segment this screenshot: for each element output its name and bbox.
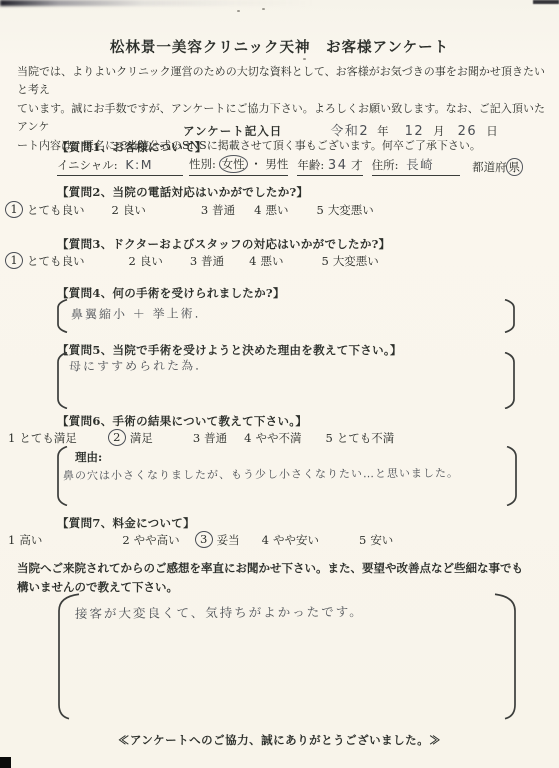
address-value: 長崎 (406, 157, 434, 172)
initial-value: K:M (125, 157, 153, 172)
q3-option-1: 1とても良い (8, 252, 85, 269)
feedback-answer-text: 接客が大変良くて、気持ちがよかったです。 (75, 602, 364, 622)
q7-option-2: 2やや高い (122, 532, 179, 548)
bracket-left (55, 352, 69, 409)
q2-option-1: 1とても良い (8, 201, 85, 218)
option-number: 2 (122, 533, 129, 547)
intro-line: 当院では、よりよいクリニック運営のための大切な資料として、お客様がお気づきの事を… (17, 63, 545, 100)
date-year-unit: 年 (377, 123, 389, 139)
option-number: 1 (5, 252, 23, 269)
q3-option-4: 4悪い (249, 253, 283, 269)
footer-thanks: ≪アンケートへのご協力、誠にありがとうございました。≫ (0, 732, 559, 748)
option-label: やや不満 (255, 430, 301, 446)
prefecture-selected-circle: 県 (506, 158, 524, 176)
q7-option-4: 4やや安い (262, 532, 319, 548)
q6-option-1: 1とても満足 (8, 430, 77, 446)
q7-options-row: 1高い 2やや高い 3妥当 4やや安い 5安い (8, 531, 393, 548)
bracket-right (503, 299, 517, 333)
option-number: 2 (129, 254, 136, 268)
option-label: やや高い (134, 532, 180, 548)
q2-option-4: 4悪い (254, 202, 288, 218)
q6-reason-label: 理由: (75, 449, 102, 465)
option-number: 1 (5, 201, 23, 218)
q5-answer-area: 母にすすめられた為. (55, 352, 517, 409)
option-number: 5 (316, 203, 323, 217)
option-label: 普通 (212, 202, 235, 218)
gender-selected-circle: 女性 (219, 155, 248, 173)
address-field: 住所: 長崎 (372, 155, 461, 176)
option-number: 5 (359, 533, 366, 547)
gender-male-option: 男性 (265, 157, 288, 171)
q5-answer-text: 母にすすめられた為. (69, 357, 201, 375)
option-number: 4 (244, 431, 251, 445)
option-number: 3 (190, 254, 197, 268)
scan-artifact-bottom-left-mark (0, 757, 11, 768)
q6-option-5: 5とても不満 (325, 430, 394, 446)
gender-field: 性別: 女性 ・ 男性 (189, 155, 288, 176)
q2-options-row: 1とても良い 2良い 3普通 4悪い 5大変悪い (8, 201, 374, 218)
feedback-prompt: 当院へご来院されてからのご感想を率直にお聞かせ下さい。また、要望や改善点など些細… (17, 559, 547, 596)
date-month-value: 12 (405, 124, 425, 139)
q7-option-3: 3妥当 (198, 531, 240, 548)
scan-artifact-dot (237, 10, 240, 12)
option-label: とても満足 (19, 430, 77, 446)
q3-heading: 【質問3、ドクターおよびスタッフの対応はいかがでしたか?】 (57, 236, 390, 252)
q4-answer-area: 鼻翼縮小 ＋ 挙上術. (55, 299, 517, 333)
age-unit: 才 (351, 158, 363, 172)
option-number: 1 (8, 533, 15, 547)
address-label: 住所: (372, 158, 399, 172)
survey-date-row: アンケート記入日 令和2 年 12 月 26 日 (183, 120, 498, 139)
initial-label: イニシャル: (57, 158, 118, 172)
scan-artifact-dot (303, 58, 306, 60)
page-title: 松林景一美容クリニック天神 お客様アンケート (0, 36, 559, 57)
q4-answer-text: 鼻翼縮小 ＋ 挙上術. (71, 305, 201, 323)
option-label: 良い (140, 253, 163, 269)
option-number: 2 (112, 203, 119, 217)
option-label: 良い (123, 202, 146, 218)
option-number: 2 (108, 429, 126, 446)
option-label: 妥当 (217, 532, 240, 548)
option-number: 3 (193, 431, 200, 445)
option-label: とても良い (27, 253, 85, 269)
feedback-answer-area: 接客が大変良くて、気持ちがよかったです。 (55, 593, 519, 720)
option-label: とても不満 (337, 430, 395, 446)
option-label: 悪い (260, 253, 283, 269)
scan-artifact-top-smudge (0, 0, 420, 6)
bracket-right (493, 593, 519, 720)
q6-options-row: 1とても満足 2満足 3普通 4やや不満 5とても不満 (8, 429, 394, 446)
date-label: アンケート記入日 (183, 123, 282, 139)
initial-field: イニシャル: K:M (57, 157, 183, 176)
q6-reason-area: 理由: 鼻の穴は小さくなりましたが、もう少し小さくなりたい…と思いました。 (55, 446, 519, 506)
prefecture-field: 都道府県 (472, 158, 522, 176)
survey-scan-page: 松林景一美容クリニック天神 お客様アンケート 当院では、よりよいクリニック運営の… (0, 0, 559, 768)
q3-option-3: 3普通 (190, 253, 224, 269)
q6-option-2: 2満足 (111, 429, 153, 446)
option-number: 4 (254, 203, 261, 217)
q1-fields-row: イニシャル: K:M 性別: 女性 ・ 男性 年齢: 34 才 住所: 長崎 都… (57, 155, 552, 176)
option-label: 高い (19, 532, 42, 548)
q2-option-5: 5大変悪い (316, 202, 373, 218)
q6-option-4: 4やや不満 (244, 430, 301, 446)
gender-separator: ・ (250, 157, 262, 171)
option-label: やや安い (273, 532, 319, 548)
q7-heading: 【質問7、料金について】 (57, 515, 195, 531)
q2-option-3: 3普通 (201, 202, 235, 218)
q3-options-row: 1とても良い 2良い 3普通 4悪い 5大変悪い (8, 252, 379, 269)
date-era-year-value: 令和2 (330, 120, 369, 139)
date-day-unit: 日 (486, 123, 498, 139)
option-number: 5 (325, 431, 332, 445)
age-field: 年齢: 34 才 (297, 157, 362, 176)
q2-heading: 【質問2、当院の電話対応はいかがでしたか?】 (57, 184, 308, 200)
option-number: 3 (201, 203, 208, 217)
option-label: 普通 (201, 253, 224, 269)
scan-artifact-top-right-mark (533, 0, 559, 4)
option-label: 大変悪い (333, 253, 379, 269)
q6-option-3: 3普通 (193, 430, 227, 446)
q7-option-5: 5安い (359, 532, 393, 548)
option-label: 悪い (265, 202, 288, 218)
q7-option-1: 1高い (8, 532, 42, 548)
age-value: 34 (328, 158, 348, 173)
q3-option-2: 2良い (129, 253, 163, 269)
option-label: とても良い (27, 202, 85, 218)
bracket-right (505, 446, 519, 506)
date-month-unit: 月 (433, 123, 445, 139)
date-day-value: 26 (458, 124, 478, 139)
q1-heading: 【質問1、お客様について】 (57, 139, 207, 155)
q2-option-2: 2良い (112, 202, 146, 218)
q6-reason-text: 鼻の穴は小さくなりましたが、もう少し小さくなりたい…と思いました。 (63, 465, 459, 484)
option-label: 普通 (204, 430, 227, 446)
option-number: 1 (8, 431, 15, 445)
option-number: 4 (262, 533, 269, 547)
bracket-left (55, 299, 69, 333)
feedback-prompt-line: 当院へご来院されてからのご感想を率直にお聞かせ下さい。また、要望や改善点など些細… (17, 559, 547, 578)
scan-artifact-dot (262, 8, 265, 10)
bracket-right (503, 352, 517, 409)
option-number: 4 (249, 254, 256, 268)
option-number: 3 (195, 531, 213, 548)
option-label: 満足 (130, 430, 153, 446)
gender-label: 性別: (189, 157, 216, 171)
q3-option-5: 5大変悪い (321, 253, 378, 269)
option-label: 大変悪い (328, 202, 374, 218)
option-number: 5 (321, 254, 328, 268)
q6-heading: 【質問6、手術の結果について教えて下さい。】 (57, 413, 307, 429)
age-label: 年齢: (297, 158, 324, 172)
option-label: 安い (370, 532, 393, 548)
prefecture-prefix: 都道府 (472, 160, 507, 174)
